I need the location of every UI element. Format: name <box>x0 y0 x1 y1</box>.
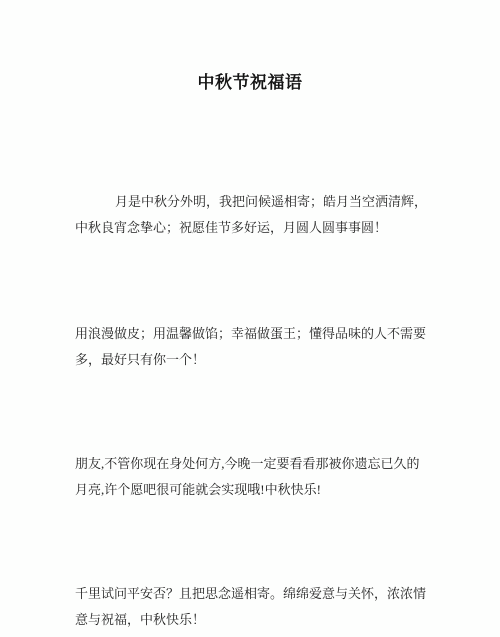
document-page: 中秋节祝福语 月是中秋分外明，我把问候遥相寄；皓月当空洒清辉，中秋良宵念挚心；祝… <box>0 0 500 637</box>
paragraph-greeting-2: 用浪漫做皮；用温馨做馅；幸福做蛋王；懂得品味的人不需要多，最好只有你一个！ <box>75 321 429 373</box>
paragraph-greeting-3: 朋友,不管你现在身处何方,今晚一定要看看那被你遗忘已久的月亮,许个愿吧很可能就会… <box>75 451 429 503</box>
paragraph-greeting-4: 千里试问平安否？且把思念遥相寄。绵绵爱意与关怀，浓浓情意与祝福，中秋快乐！ <box>75 581 429 633</box>
paragraph-greeting-1: 月是中秋分外明，我把问候遥相寄；皓月当空洒清辉，中秋良宵念挚心；祝愿佳节多好运，… <box>75 189 429 241</box>
page-title: 中秋节祝福语 <box>0 0 500 93</box>
